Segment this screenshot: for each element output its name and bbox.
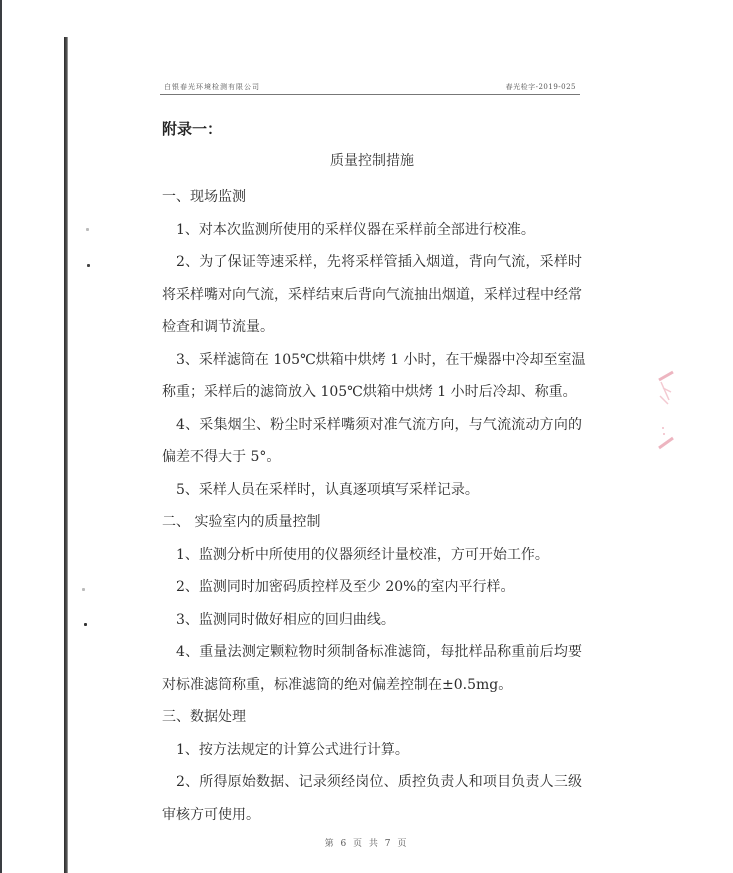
list-item: 2、为了保证等速采样，先将采样管插入烟道，背向气流，采样时 (162, 246, 582, 279)
viewer-left-edge (0, 0, 2, 873)
header-document-number: 春光检字-2019-025 (506, 82, 576, 92)
scan-speck (82, 588, 85, 591)
page-number: 第 6 页 共 7 页 (0, 836, 733, 849)
appendix-label: 附录一： (162, 117, 582, 141)
document-body: 附录一： 质量控制措施 一、现场监测 1、对本次监测所使用的采样仪器在采样前全部… (162, 117, 582, 831)
scan-binding-shadow (64, 37, 68, 873)
scan-speck (86, 228, 89, 231)
document-title: 质量控制措施 (162, 141, 582, 181)
scan-speck (84, 623, 87, 626)
red-seal-stamp-fragment (655, 370, 675, 450)
header-company-name: 白银春光环境检测有限公司 (164, 82, 260, 92)
list-item: 5、采样人员在采样时，认真逐项填写采样记录。 (162, 474, 582, 507)
section-heading: 一、现场监测 (162, 181, 582, 214)
list-item-continuation: 对标准滤筒称重，标准滤筒的绝对偏差控制在±0.5mg。 (162, 669, 582, 702)
list-item: 2、所得原始数据、记录须经岗位、质控负责人和项目负责人三级 (162, 766, 582, 799)
list-item: 1、对本次监测所使用的采样仪器在采样前全部进行校准。 (162, 214, 582, 247)
list-item: 3、监测同时做好相应的回归曲线。 (162, 604, 582, 637)
list-item: 4、重量法测定颗粒物时须制备标准滤筒，每批样品称重前后均要 (162, 636, 582, 669)
list-item: 1、监测分析中所使用的仪器须经计量校准，方可开始工作。 (162, 539, 582, 572)
list-item-continuation: 称重；采样后的滤筒放入 105℃烘箱中烘烤 1 小时后冷却、称重。 (162, 376, 582, 409)
list-item: 2、监测同时加密码质控样及至少 20%的室内平行样。 (162, 571, 582, 604)
list-item: 4、采集烟尘、粉尘时采样嘴须对准气流方向，与气流流动方向的 (162, 409, 582, 442)
list-item-continuation: 偏差不得大于 5°。 (162, 441, 582, 474)
list-item: 1、按方法规定的计算公式进行计算。 (162, 734, 582, 767)
page-header: 白银春光环境检测有限公司 春光检字-2019-025 (160, 80, 580, 95)
list-item-continuation: 审核方可使用。 (162, 799, 582, 832)
list-item-continuation: 检查和调节流量。 (162, 311, 582, 344)
section-heading: 三、数据处理 (162, 701, 582, 734)
list-item: 3、采样滤筒在 105℃烘箱中烘烤 1 小时，在干燥器中冷却至室温 (162, 344, 582, 377)
scan-speck (87, 264, 90, 267)
list-item-continuation: 将采样嘴对向气流，采样结束后背向气流抽出烟道，采样过程中经常 (162, 279, 582, 312)
section-heading: 二、 实验室内的质量控制 (162, 506, 582, 539)
